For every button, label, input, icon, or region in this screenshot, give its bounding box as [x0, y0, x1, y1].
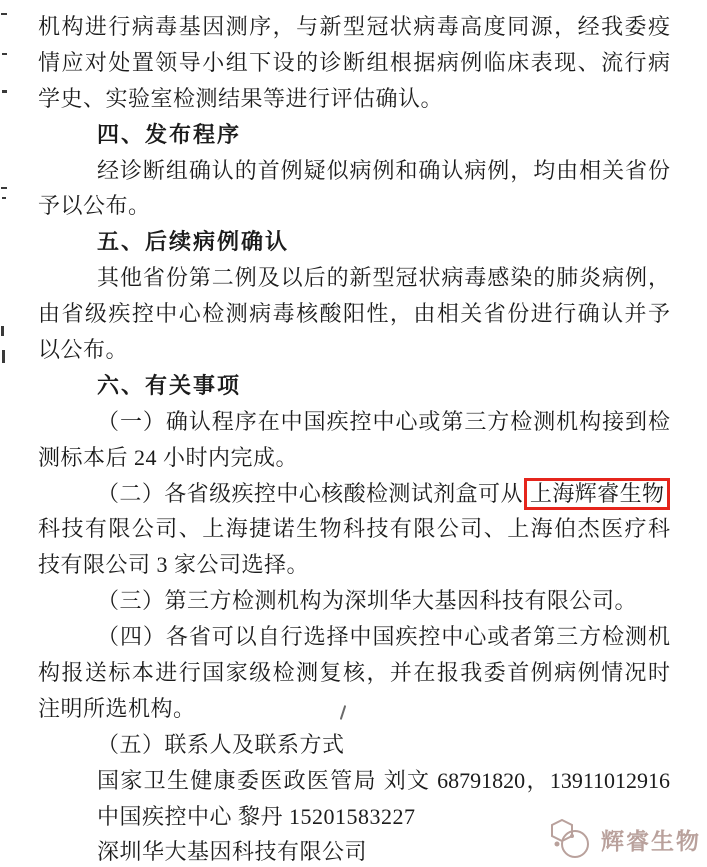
text-line: （三）第三方检测机构为深圳华大基因科技有限公司。	[38, 583, 670, 619]
text-segment: （一）确认程序在中国疾控中心或第三方检测机构接到检	[97, 409, 670, 434]
text-line: 予以公布。	[38, 188, 670, 224]
text-line: （四）各省可以自行选择中国疾控中心或者第三方检测机	[38, 619, 670, 655]
text-segment: 注明所选机构。	[38, 696, 196, 721]
scan-speck	[2, 90, 7, 93]
watermark: 辉睿生物	[548, 817, 701, 861]
section-heading: 六、有关事项	[38, 368, 670, 404]
text-segment: 以公布。	[38, 337, 128, 362]
scan-speck	[1, 326, 4, 336]
text-line: 其他省份第二例及以后的新型冠状病毒感染的肺炎病例，	[38, 260, 670, 296]
text-line: （五）联系人及联系方式	[38, 727, 670, 763]
scan-speck	[1, 187, 7, 189]
text-line: 由省级疾控中心检测病毒核酸阳性，由相关省份进行确认并予	[38, 296, 670, 332]
text-line: 构报送标本进行国家级检测复核，并在报我委首例病例情况时	[38, 655, 670, 691]
text-segment: 予以公布。	[38, 193, 151, 218]
text-line: 测标本后 24 小时内完成。	[38, 440, 670, 476]
section-heading: 五、后续病例确认	[38, 224, 670, 260]
text-line: （一）确认程序在中国疾控中心或第三方检测机构接到检	[38, 404, 670, 440]
scan-speck	[2, 53, 7, 55]
text-segment: 由省级疾控中心检测病毒核酸阳性，由相关省份进行确认并予	[38, 301, 670, 326]
scan-speck	[2, 197, 6, 199]
text-segment: 深圳华大基因科技有限公司	[97, 839, 367, 864]
text-line: 情应对处置领导小组下设的诊断组根据病例临床表现、流行病	[38, 45, 670, 81]
document-body: 机构进行病毒基因测序，与新型冠状病毒高度同源，经我委疫情应对处置领导小组下设的诊…	[38, 9, 670, 867]
watermark-text: 辉睿生物	[601, 823, 701, 856]
text-segment: 五、后续病例确认	[97, 229, 289, 254]
text-segment: （五）联系人及联系方式	[97, 732, 345, 757]
text-segment: 中国疾控中心 黎丹 15201583227	[97, 804, 416, 829]
text-line: 机构进行病毒基因测序，与新型冠状病毒高度同源，经我委疫	[38, 9, 670, 45]
scan-speck	[2, 350, 5, 363]
text-segment: 国家卫生健康委医政医管局 刘文 68791820，13911012916	[97, 768, 670, 793]
text-line: 学史、实验室检测结果等进行评估确认。	[38, 81, 670, 117]
text-segment: 测标本后 24 小时内完成。	[38, 445, 298, 470]
text-segment: 机构进行病毒基因测序，与新型冠状病毒高度同源，经我委疫	[38, 14, 670, 39]
text-segment: 情应对处置领导小组下设的诊断组根据病例临床表现、流行病	[38, 50, 670, 75]
page: { "document": { "highlight_color": "#e52…	[0, 0, 707, 867]
text-segment: 经诊断组确认的首例疑似病例和确认病例，均由相关省份	[97, 158, 670, 183]
text-line: 国家卫生健康委医政医管局 刘文 68791820，13911012916	[38, 763, 670, 799]
text-line: 以公布。	[38, 332, 670, 368]
text-segment: 学史、实验室检测结果等进行评估确认。	[38, 86, 443, 111]
text-segment: 构报送标本进行国家级检测复核，并在报我委首例病例情况时	[38, 660, 670, 685]
text-segment: （四）各省可以自行选择中国疾控中心或者第三方检测机	[97, 624, 670, 649]
text-line: 技有限公司 3 家公司选择。	[38, 547, 670, 583]
text-segment: 其他省份第二例及以后的新型冠状病毒感染的肺炎病例，	[97, 265, 670, 290]
text-segment: （三）第三方检测机构为深圳华大基因科技有限公司。	[97, 588, 637, 613]
text-line: 科技有限公司、上海捷诺生物科技有限公司、上海伯杰医疗科	[38, 511, 670, 547]
text-segment: 六、有关事项	[97, 373, 241, 398]
highlighted-company-name: 上海辉睿生物	[524, 478, 670, 510]
section-heading: 四、发布程序	[38, 117, 670, 153]
scan-speck	[1, 13, 7, 15]
text-segment: （二）各省级疾控中心核酸检测试剂盒可从	[97, 481, 523, 506]
text-segment: 技有限公司 3 家公司选择。	[38, 552, 309, 577]
text-line: 注明所选机构。	[38, 691, 670, 727]
text-line: 经诊断组确认的首例疑似病例和确认病例，均由相关省份	[38, 153, 670, 189]
text-line: （二）各省级疾控中心核酸检测试剂盒可从上海辉睿生物	[38, 476, 670, 512]
text-segment: 四、发布程序	[97, 122, 241, 147]
molecule-rings-icon	[548, 817, 594, 861]
text-segment: 科技有限公司、上海捷诺生物科技有限公司、上海伯杰医疗科	[38, 516, 670, 541]
